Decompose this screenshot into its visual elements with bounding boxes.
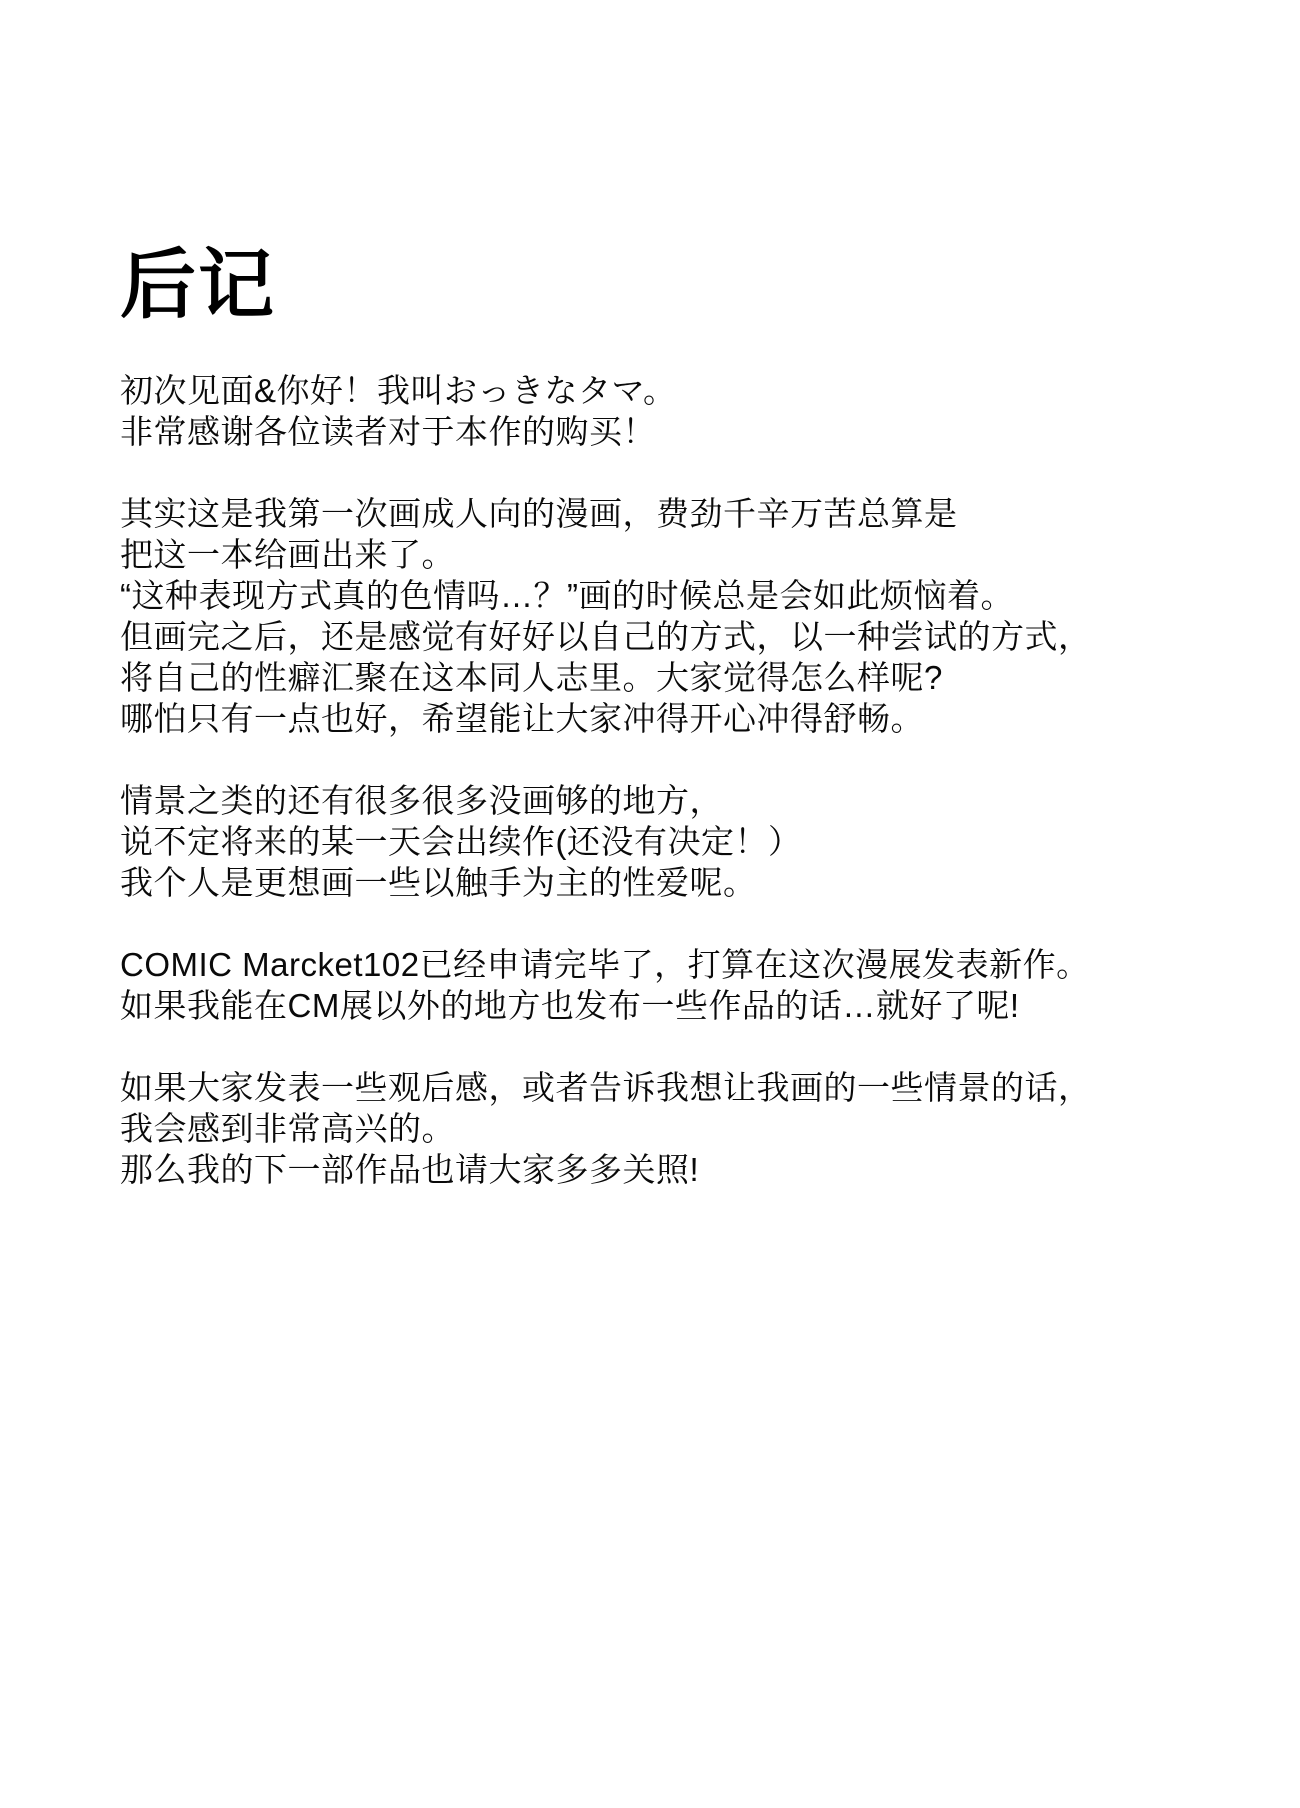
text-line: 那么我的下一部作品也请大家多多关照! bbox=[120, 1149, 1220, 1190]
text-line: COMIC Marcket102已经申请完毕了，打算在这次漫展发表新作。 bbox=[120, 944, 1220, 985]
text-line: 初次见面&你好！我叫おっきなタマ。 bbox=[120, 370, 1220, 411]
afterword-page: 后记 初次见面&你好！我叫おっきなタマ。 非常感谢各位读者对于本作的购买！ 其实… bbox=[0, 0, 1300, 1808]
paragraph-first-work: 其实这是我第一次画成人向的漫画，费劲千辛万苦总算是 把这一本给画出来了。 “这种… bbox=[120, 493, 1220, 739]
text-line: 我会感到非常高兴的。 bbox=[120, 1108, 1220, 1149]
text-line: 哪怕只有一点也好，希望能让大家冲得开心冲得舒畅。 bbox=[120, 698, 1220, 739]
paragraph-sequel: 情景之类的还有很多很多没画够的地方， 说不定将来的某一天会出续作(还没有决定！）… bbox=[120, 780, 1220, 903]
text-line: 把这一本给画出来了。 bbox=[120, 534, 1220, 575]
text-line: 非常感谢各位读者对于本作的购买！ bbox=[120, 411, 1220, 452]
page-content: 后记 初次见面&你好！我叫おっきなタマ。 非常感谢各位读者对于本作的购买！ 其实… bbox=[120, 248, 1220, 1231]
text-line: 如果我能在CM展以外的地方也发布一些作品的话…就好了呢! bbox=[120, 985, 1220, 1026]
text-line: 将自己的性癖汇聚在这本同人志里。大家觉得怎么样呢? bbox=[120, 657, 1220, 698]
text-line: 我个人是更想画一些以触手为主的性爱呢。 bbox=[120, 862, 1220, 903]
text-line: 说不定将来的某一天会出续作(还没有决定！） bbox=[120, 821, 1220, 862]
paragraph-greeting: 初次见面&你好！我叫おっきなタマ。 非常感谢各位读者对于本作的购买！ bbox=[120, 370, 1220, 452]
text-line: 情景之类的还有很多很多没画够的地方， bbox=[120, 780, 1220, 821]
page-title: 后记 bbox=[120, 248, 1220, 324]
text-line: 但画完之后，还是感觉有好好以自己的方式，以一种尝试的方式， bbox=[120, 616, 1220, 657]
text-line: “这种表现方式真的色情吗…？”画的时候总是会如此烦恼着。 bbox=[120, 575, 1220, 616]
paragraph-comic-market: COMIC Marcket102已经申请完毕了，打算在这次漫展发表新作。 如果我… bbox=[120, 944, 1220, 1026]
paragraph-closing: 如果大家发表一些观后感，或者告诉我想让我画的一些情景的话， 我会感到非常高兴的。… bbox=[120, 1067, 1220, 1190]
text-line: 如果大家发表一些观后感，或者告诉我想让我画的一些情景的话， bbox=[120, 1067, 1220, 1108]
body-text: 初次见面&你好！我叫おっきなタマ。 非常感谢各位读者对于本作的购买！ 其实这是我… bbox=[120, 370, 1220, 1190]
text-line: 其实这是我第一次画成人向的漫画，费劲千辛万苦总算是 bbox=[120, 493, 1220, 534]
